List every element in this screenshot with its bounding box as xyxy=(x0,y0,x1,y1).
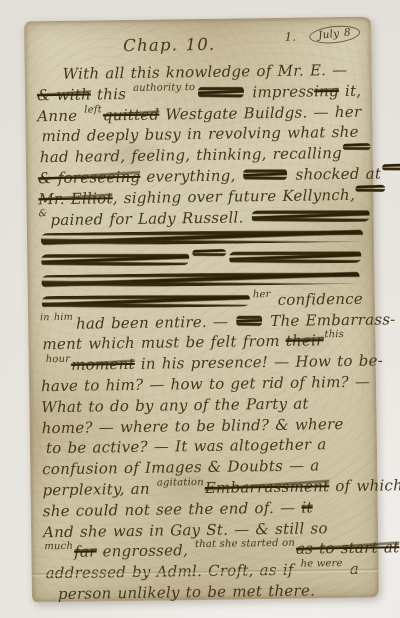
deleted-text: quitted xyxy=(103,105,160,124)
interlinear-insertion: authority to xyxy=(133,78,195,100)
deleted-text: their xyxy=(286,332,324,351)
scribbled-insertion xyxy=(382,163,400,171)
text-segment: had been entire. — xyxy=(76,312,234,332)
text-segment: to be active? — It was altogether a xyxy=(46,436,327,458)
scribbled-deletion xyxy=(198,85,244,99)
text-segment: Westgate Buildgs. — her xyxy=(159,102,361,123)
manuscript-page: Chap. 10. 1. July 8 With all this knowle… xyxy=(24,17,379,603)
text-segment: it, xyxy=(339,82,362,100)
scribbled-deletion xyxy=(41,252,189,267)
text-segment: shocked at xyxy=(289,164,381,183)
text-segment: of which xyxy=(329,476,400,495)
photo-background: Chap. 10. 1. July 8 With all this knowle… xyxy=(0,0,400,618)
text-segment: With all this knowledge of Mr. E. — xyxy=(63,61,348,83)
date-stamp: July 8 xyxy=(309,24,361,46)
deleted-text: & foreseeing xyxy=(38,168,141,187)
text-segment: addressed by Adml. Croft, as if xyxy=(46,561,300,583)
deleted-text: it xyxy=(301,498,313,516)
interlinear-insertion: he were xyxy=(300,554,342,575)
interlinear-insertion: her xyxy=(253,285,271,306)
interlinear-insertion: hour xyxy=(46,350,71,371)
text-segment: ment which must be felt from xyxy=(42,332,286,353)
deleted-text: Mr. Elliot xyxy=(38,189,113,208)
manuscript-line: person unlikely to be met there. xyxy=(44,580,370,605)
marginal-insertion: in him xyxy=(40,307,73,328)
scribbled-deletion xyxy=(243,168,287,182)
text-segment: What to do by any of the Party at xyxy=(41,394,309,416)
page-number: 1. xyxy=(285,30,297,44)
text-segment: impress xyxy=(246,82,314,101)
manuscript-content: Chap. 10. 1. July 8 With all this knowle… xyxy=(25,18,378,602)
text-segment: in his presence! — How to be- xyxy=(135,352,383,373)
text-segment: she could not see the end of. — xyxy=(43,498,302,520)
text-segment: have to him? — how to get rid of him? — xyxy=(41,373,370,396)
interlinear-insertion: this xyxy=(324,325,344,346)
deleted-text: & with xyxy=(37,85,91,104)
scribbled-deletion xyxy=(41,229,363,246)
scribbled-insertion xyxy=(343,143,371,151)
interlinear-insertion: much xyxy=(44,537,73,558)
deleted-text: Embarrassment xyxy=(205,477,330,497)
interlinear-insertion: agitation xyxy=(157,473,204,494)
text-segment: confidence xyxy=(271,290,363,309)
text-segment: everything, xyxy=(140,166,241,185)
scribbled-insertion xyxy=(192,249,226,257)
text-segment: person unlikely to be met there. xyxy=(58,581,315,603)
page-header: Chap. 10. 1. July 8 xyxy=(36,29,362,65)
scribbled-deletion xyxy=(42,271,360,288)
text-segment: had heard, feeling, thinking, recalling xyxy=(40,144,342,166)
chapter-heading: Chap. 10. xyxy=(36,34,302,57)
manuscript-line: addressed by Adml. Croft, as if he were … xyxy=(44,559,370,584)
deleted-text: ing xyxy=(314,82,339,100)
deleted-text: moment xyxy=(71,355,135,374)
interlinear-insertion: left xyxy=(84,100,102,121)
scribbled-deletion xyxy=(229,250,361,265)
text-segment: engrossed, xyxy=(96,541,194,560)
text-segment: home? — where to be blind? & where xyxy=(42,415,344,437)
scribbled-deletion xyxy=(42,293,250,309)
text-segment: perplexity, an xyxy=(42,480,156,500)
scribbled-deletion xyxy=(251,208,369,223)
marginal-insertion: & xyxy=(39,204,48,225)
text-segment: pained for Lady Russell. xyxy=(50,208,249,229)
scribbled-deletion xyxy=(236,314,262,327)
manuscript-body: With all this knowledge of Mr. E. —& wit… xyxy=(37,60,371,605)
scribbled-insertion xyxy=(356,184,386,192)
manuscript-line: perplexity, an agitationEmbarrassment of… xyxy=(42,476,368,501)
deleted-text: far xyxy=(74,543,97,561)
text-segment: , sighing over future Kellynch, xyxy=(113,186,355,207)
text-segment: mind deeply busy in revolving what she xyxy=(41,123,358,145)
interlinear-insertion: that she started on xyxy=(195,534,295,556)
text-segment: Anne xyxy=(37,106,83,125)
text-segment: a xyxy=(344,560,359,578)
